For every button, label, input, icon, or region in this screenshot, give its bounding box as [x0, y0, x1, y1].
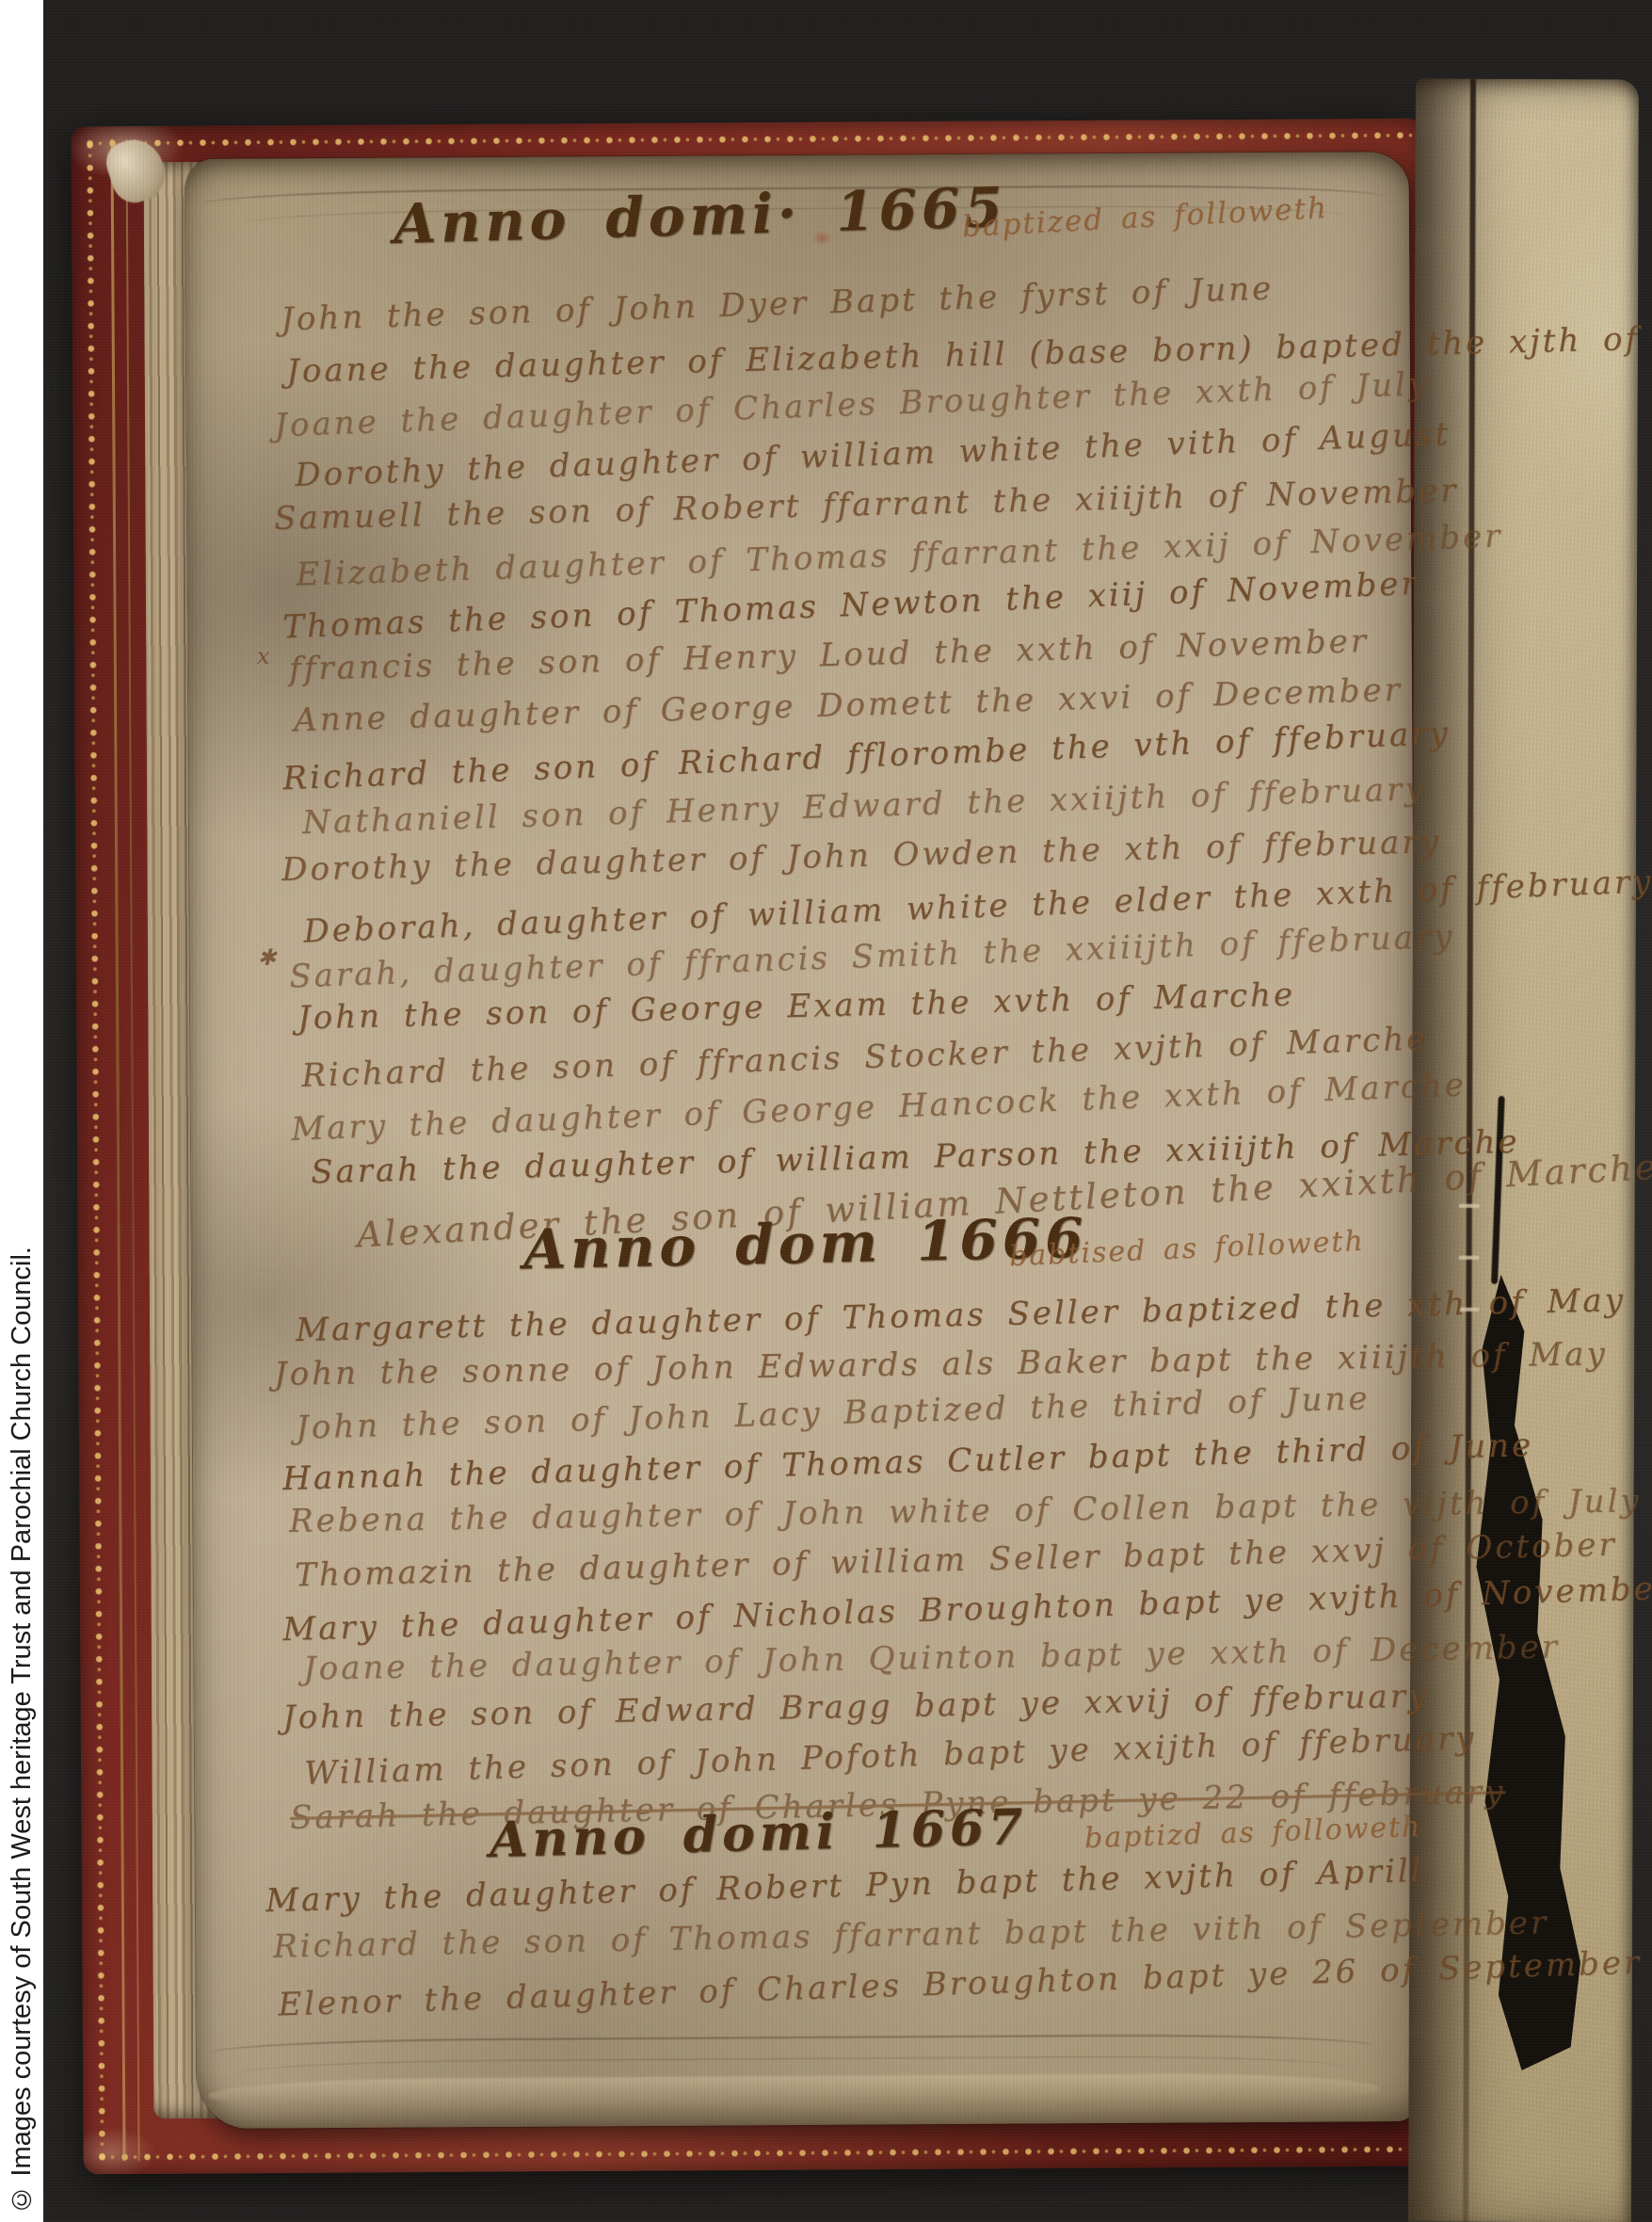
year-heading-suffix: baptizd as followeth [1084, 1813, 1422, 1853]
copyright-text: © Images courtesy of South West heritage… [7, 1239, 38, 2222]
scanned-register-image: Anno domi· 1665baptized as followethJohn… [0, 0, 1652, 2222]
register-entry: Margarett the daughter of Thomas Seller … [295, 1284, 1625, 1346]
year-heading-suffix: baptized as followeth [961, 194, 1328, 242]
year-heading: Anno domi· 1665 [393, 180, 1007, 251]
register-entry: John the sonne of John Edwards als Baker… [274, 1338, 1608, 1391]
year-heading: Anno dom 1666 [522, 1211, 1088, 1278]
margin-mark: x [257, 643, 270, 669]
register-entry: John the son of John Dyer Bapt the fyrst… [281, 272, 1275, 335]
register-entry: Mary the daughter of Robert Pyn bapt the… [265, 1855, 1424, 1917]
handwriting-layer: Anno domi· 1665baptized as followethJohn… [0, 0, 1652, 2222]
margin-mark: ✱ [257, 944, 276, 971]
year-heading: Anno domi 1667 [489, 1803, 1028, 1865]
copyright-strip: © Images courtesy of South West heritage… [0, 0, 43, 2222]
